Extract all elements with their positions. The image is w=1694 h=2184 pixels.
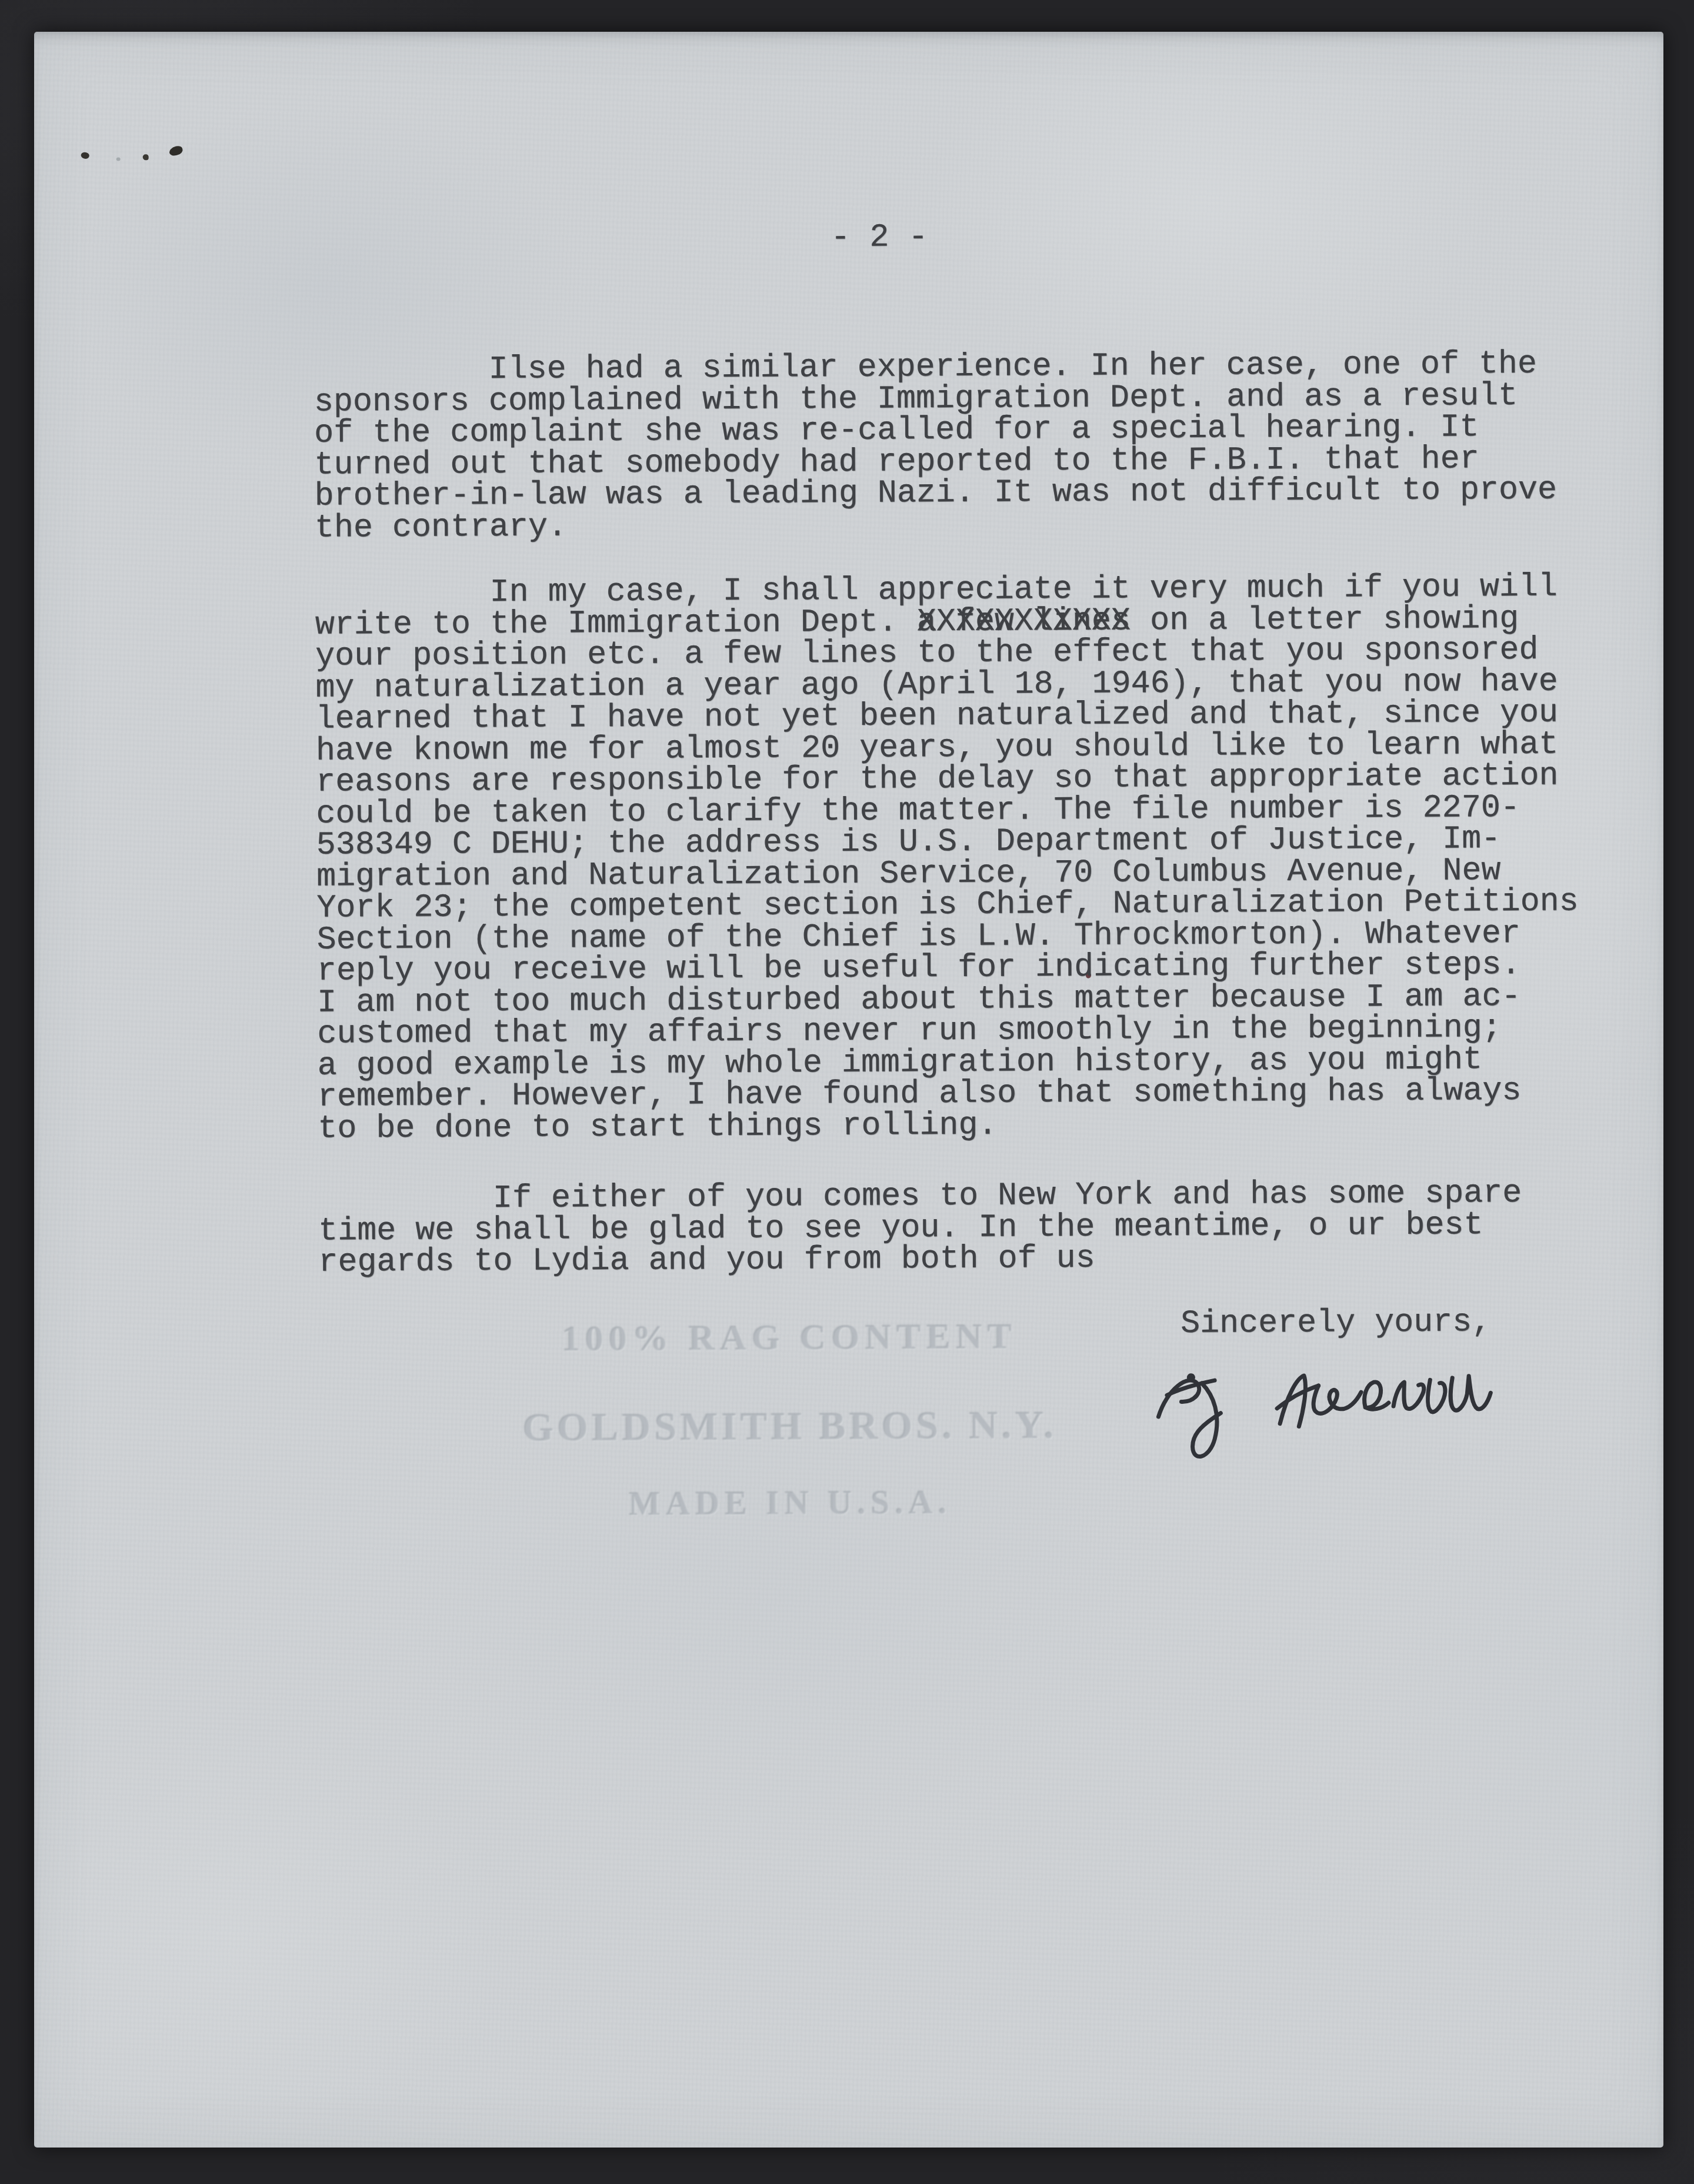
handwritten-signature — [1131, 1343, 1548, 1497]
page-number: - 2 - — [831, 221, 928, 253]
paragraph-ilse-experience: Ilse had a similar experience. In her ca… — [314, 348, 1620, 544]
watermark-rag-content: 100% RAG CONTENT — [307, 1314, 1272, 1361]
scan-background: { "colors": { "scan_background": "#24242… — [0, 0, 1694, 2184]
ink-speck — [143, 154, 149, 160]
ink-speck — [116, 157, 121, 161]
typewriter-strikeout: a few linesXXXXXXXXXXX — [917, 605, 1131, 637]
watermark-made-in-usa: MADE IN U.S.A. — [308, 1481, 1272, 1525]
letter-body: Ilse had a similar experience. In her ca… — [314, 348, 1624, 1278]
ink-speck — [80, 151, 90, 160]
paragraph-my-case: In my case, I shall appreciate it very m… — [315, 571, 1623, 1144]
paragraph-new-york-visit: If either of you comes to New York and h… — [318, 1177, 1625, 1278]
watermark-maker-name: GOLDSMITH BROS. N.Y. — [308, 1400, 1272, 1452]
signature-ink-strokes — [1131, 1343, 1548, 1494]
strikeout-overtype-x: XXXXXXXXXXX — [917, 605, 1131, 637]
paragraph-my-case-rest: your position etc. a few lines to the ef… — [315, 634, 1623, 1144]
letter-content: 100% RAG CONTENT GOLDSMITH BROS. N.Y. MA… — [0, 0, 1694, 2184]
closing-salutation: Sincerely yours, — [1181, 1306, 1491, 1339]
ink-speck — [168, 145, 184, 157]
